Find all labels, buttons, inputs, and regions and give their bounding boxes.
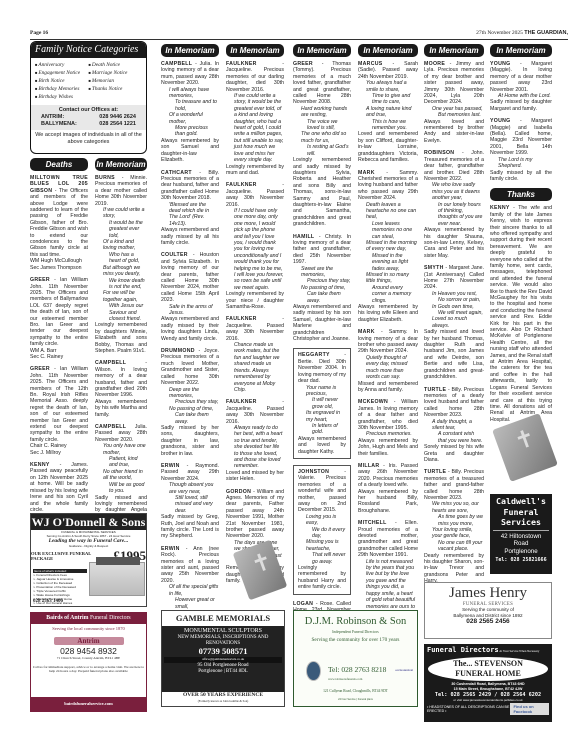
verse: If we could write a story, it would be t…	[226, 93, 284, 163]
verse: If we could write a story,It would be th…	[95, 207, 147, 322]
funeral-home-photo	[89, 562, 145, 596]
notice-heggarty: HEGGARTY - Bertie. Died 30th November 20…	[293, 348, 351, 459]
notice-robinson: ROBINSON - John. Treasured memories of a…	[424, 150, 484, 259]
category-item: Thanks Notice	[89, 85, 143, 93]
verse: I will always have memories,To treasure …	[161, 87, 219, 138]
contact-offices: Contact our Offices at: ANTRIM:028 9446 …	[31, 105, 146, 130]
issue-date: 27th November 2025 THE GUARDIAN,	[476, 30, 568, 36]
verse: If I could have only one more day, only …	[226, 208, 284, 291]
category-item: Marriage Notice	[89, 69, 143, 77]
newspaper-page: Page 16 27th November 2025 THE GUARDIAN,…	[0, 0, 580, 737]
category-list: AnniversaryDeath NoticeEngagement Notice…	[31, 58, 146, 104]
antrim-phone: 028 9446 2624	[99, 114, 136, 121]
notice-turtle: TURTLE - Billy. Precious memories of a d…	[424, 387, 484, 464]
notice-greer: GREER - Ian William John. 11th November …	[30, 366, 88, 456]
section-header-in-memoriam: In Memoriam	[161, 44, 219, 57]
notice-young: YOUNG - Margaret (Maggie) and Isabella (…	[490, 118, 552, 182]
ballymena-phone: 028 2564 1221	[99, 121, 136, 128]
gamble-memorials-advert[interactable]: GAMBLE MEMORIALS MONUMENTAL SCULPTORS NE…	[161, 610, 285, 707]
notice-johnston: JOHNSTON - Valerie. Precious memories of…	[293, 465, 351, 595]
section-header-in-memoriam: In Memoriam	[293, 44, 351, 57]
notice-campbell: CAMPBELL - Julia. In loving memory of a …	[161, 61, 219, 164]
verse: Life is not measured by the years that y…	[358, 559, 418, 617]
notice-coulter: COULTER - Houston and Sylvia Elizabeth. …	[161, 252, 219, 342]
notice-hamill: HAMILL - Christy. In loving memory of a …	[293, 234, 351, 343]
verse: A daily thought, a silent tear,A constan…	[424, 419, 484, 445]
notice-mark: MARK - Sammy. Cherished memories of a lo…	[358, 170, 418, 324]
column-memoriam-2: In Memoriam BURNS - Minnie. Precious mem…	[95, 158, 147, 533]
gamble-phone: 07739 508571	[164, 646, 282, 657]
thanks-notice: KENNY - The wife and family of the late …	[490, 205, 552, 423]
notice-faulkner: FAULKNER - Jacqueline. Precious memories…	[226, 61, 284, 176]
notice-faulkner: FAULKNER - Jacqueline. Passed away 30th …	[226, 316, 284, 393]
verse: Precious memories.	[358, 431, 418, 437]
section-header-deaths: Deaths	[30, 158, 88, 171]
verse: One year has passed,But memories last.	[424, 106, 484, 119]
column-memoriam-7: In Memoriam MOORE - Jimmy and Lyla. Prec…	[424, 44, 484, 591]
category-item: Birthday Wishes	[35, 93, 89, 101]
notice-mckeown: MCKEOWN - William James. In loving memor…	[358, 399, 418, 457]
verse: Sweet are the memories,Precious they sta…	[293, 266, 351, 304]
verse: Always ready to do her best, with a hear…	[226, 425, 284, 470]
verse: The Lord is my Shepherd.	[490, 157, 552, 170]
notice-faulkner: FAULKNER - Jacqueline. Passed away 30th …	[226, 399, 284, 482]
notice-turtle: TURTLE - Billy. Precious memories of a t…	[424, 469, 484, 584]
bairds-website[interactable]: bairdsfuneralservice.com	[31, 697, 146, 711]
verse: We who love sadly miss you as it dawns a…	[424, 182, 484, 227]
category-item: Birthday Memories	[35, 85, 89, 93]
notice-erwin: ERWIN - Raymond. Passed away 29th Novemb…	[161, 463, 219, 540]
category-item: Birth Notice	[35, 77, 89, 85]
verse: Loving you is easy,We do it every day,Mi…	[298, 514, 346, 565]
notice-milltown: MILLTOWN TRUE BLUES LOL 205 GIBSON - The…	[30, 175, 88, 271]
notice-smyth: SMYTH - Margaret Jane. (1st Anniversary)…	[424, 265, 484, 380]
section-header-in-memoriam: In Memoriam	[358, 44, 418, 57]
verse: Your name is precious,It will never grow…	[298, 385, 346, 436]
column-deaths: Deaths MILLTOWN TRUE BLUES LOL 205 GIBSO…	[30, 158, 88, 532]
stevenson-advert[interactable]: Funeral Directors At Your Service When N…	[424, 644, 552, 722]
verse: You always had a smile to share,Time to …	[358, 80, 418, 131]
verse: Safe in the arms of Jesus.	[161, 304, 219, 317]
verse: You only have one mother,Patient, kind a…	[95, 443, 147, 494]
notice-young: YOUNG - Margaret (Maggie). In loving mem…	[490, 61, 552, 112]
section-header-in-memoriam: In Memoriam	[95, 158, 147, 171]
jh-phone: 028 2565 2456	[425, 618, 551, 625]
category-item: Death Notice	[89, 61, 143, 69]
family-box-title: Family Notice Categories	[31, 42, 146, 58]
djm-robinson-advert[interactable]: D.J.M. Robinson & Son Independent Funera…	[293, 610, 418, 707]
category-item: Anniversary	[35, 61, 89, 69]
verse: We miss you so, our hearts are sore,As t…	[424, 501, 484, 552]
section-header-in-memoriam: In Memoriam	[424, 44, 484, 57]
notice-burns: BURNS - Minnie. Precious memories of a d…	[95, 175, 147, 354]
notice-cathcart: CATHCART - Billy. Precious memories of a…	[161, 170, 219, 247]
notice-greer: GREER - Ian William John. 11th November …	[30, 277, 88, 360]
bairds-phone: 028 9454 8932	[31, 646, 146, 656]
notice-marcus: MARCUS - Sarah (Sadie). Passed away 24th…	[358, 61, 418, 164]
notice-faulkner: FAULKNER - Jacqueline. Passed away 30th …	[226, 182, 284, 310]
notice-mark: MARK - Sammy. In loving memory of a dear…	[358, 329, 418, 393]
column-memoriam-5: In Memoriam GREER - Thomas (Tommy). Prec…	[293, 44, 351, 677]
accept-images-note: We accept images of individuals in all o…	[31, 130, 146, 148]
category-item: Memorian	[89, 77, 143, 85]
column-memoriam-8: In Memoriam YOUNG - Margaret (Maggie). I…	[490, 44, 552, 429]
column-memoriam-3: In Memoriam CAMPBELL - Julia. In loving …	[161, 44, 219, 667]
verse: Death leaves a heartache no one can heal…	[358, 202, 418, 305]
masthead: Page 16 27th November 2025 THE GUARDIAN,	[30, 30, 568, 40]
notice-moore: MOORE - Jimmy and Lyla. Precious memorie…	[424, 61, 484, 144]
verse: Though absent you are very near,Still lo…	[161, 482, 219, 514]
column-memoriam-4: In Memoriam FAULKNER - Jacqueline. Preci…	[226, 44, 284, 591]
notice-millar: MILLAR - Iris. Passed away 26th November…	[358, 463, 418, 514]
djm-phone: Tel: 028 2763 8218	[328, 665, 386, 674]
verse: Hard working hands are resting,The voice…	[293, 106, 351, 157]
verse: In Heaven you rest,No sorrow or pain,In …	[424, 291, 484, 329]
section-header-thanks: Thanks	[490, 188, 552, 201]
page-number: Page 16	[30, 30, 48, 36]
james-henry-advert[interactable]: James Henry FUNERAL SERVICES Serving the…	[424, 582, 552, 639]
verse: Quietly thought of every day, missed muc…	[358, 355, 418, 381]
caldwells-advert[interactable]: Caldwell's Funeral Services 42 Hiltonsto…	[490, 494, 552, 574]
notice-campbell: CAMPBELL Julia. Passed away 28th Novembe…	[95, 424, 147, 527]
family-notice-categories-box: Family Notice Categories AnniversaryDeat…	[30, 41, 147, 154]
bairds-advert[interactable]: Bairds of Antrim Funeral Directors Servi…	[30, 612, 147, 712]
notice-campbell: CAMPBELL - Wilson. In loving memory of a…	[95, 360, 147, 418]
verse: 'Blessed are the dead which die in The L…	[161, 202, 219, 228]
caldwell-phone: Tel: 028 25821666	[490, 557, 552, 563]
category-item: Engagement Notice	[35, 69, 89, 77]
column-memoriam-6: In Memoriam MARCUS - Sarah (Sadie). Pass…	[358, 44, 418, 648]
section-header-in-memoriam: In Memoriam	[226, 44, 284, 57]
facebook-icon[interactable]: Find us on Facebook	[510, 703, 549, 715]
verse: Deep are the memories,Precious they stay…	[161, 387, 219, 425]
notice-drummond: DRUMMOND - Joyce. Precious memories of a…	[161, 348, 219, 457]
seal-logo	[306, 661, 321, 681]
wj-odonnell-advert[interactable]: WJ O'Donnell & Sons FUNERAL & MONUMENTAL…	[30, 513, 147, 607]
section-header-in-memoriam: In Memoriam	[490, 44, 552, 57]
notice-greer: GREER - Thomas (Tommy). Precious memorie…	[293, 61, 351, 228]
verse: Chance made us work mates, but the fun a…	[226, 342, 284, 393]
wj-phone: 028 2563 1406	[33, 599, 63, 604]
